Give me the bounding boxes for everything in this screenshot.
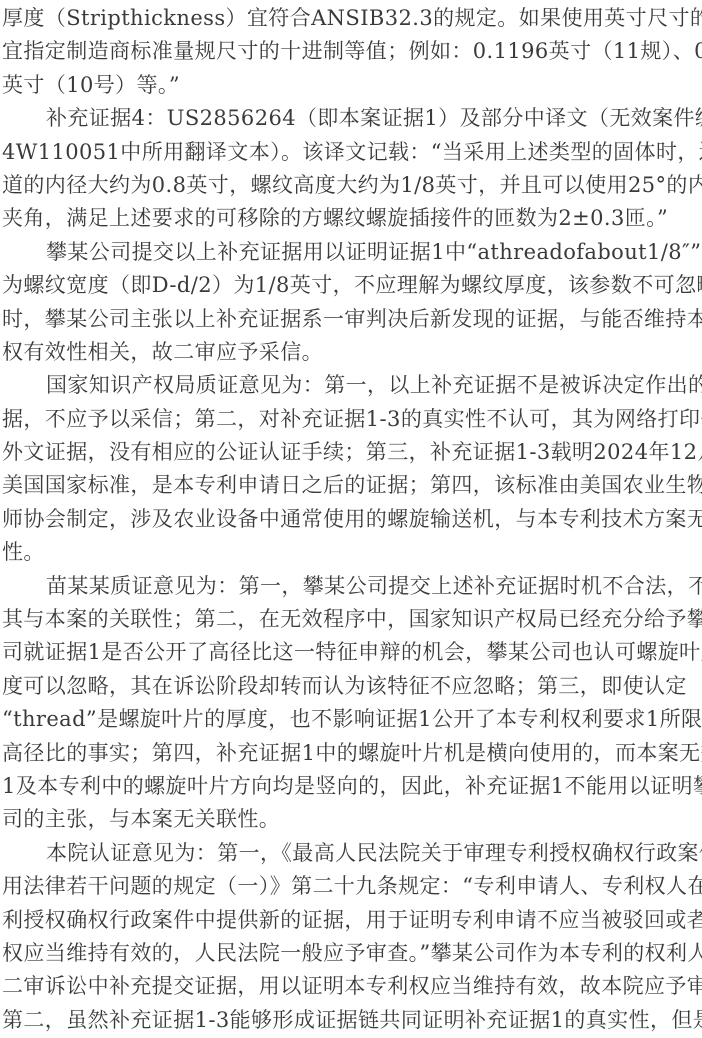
text-line: 道的内径大约为0.8英寸，螺纹高度大约为1/8英寸，并且可以使用25°的内螺纹 — [2, 169, 702, 202]
text-line: 其与本案的关联性；第二，在无效程序中，国家知识产权局已经充分给予攀某公 — [2, 603, 702, 636]
paragraph-start-line: 国家知识产权局质证意见为：第一，以上补充证据不是被诉决定作出的依 — [2, 369, 702, 402]
text-line: 用法律若干问题的规定（一）》第二十九条规定：“专利申请人、专利权人在专 — [2, 870, 702, 903]
paragraph-start-line: 攀某公司提交以上补充证据用以证明证据1中“athreadofabout1/8″”… — [2, 236, 702, 269]
text-line: 司的主张，与本案无关联性。 — [2, 803, 702, 836]
text-line: 权有效性相关，故二审应予采信。 — [2, 336, 702, 369]
text-line: 利授权确权行政案件中提供新的证据，用于证明专利申请不应当被驳回或者专利 — [2, 904, 702, 937]
document-page: 厚度（Stripthickness）宜符合ANSIB32.3的规定。如果使用英寸… — [2, 2, 702, 1037]
text-line: 时，攀某公司主张以上补充证据系一审判决后新发现的证据，与能否维持本专利 — [2, 303, 702, 336]
text-line: 1及本专利中的螺旋叶片方向均是竖向的，因此，补充证据1不能用以证明攀某公 — [2, 770, 702, 803]
text-line: 美国国家标准，是本专利申请日之后的证据；第四，该标准由美国农业生物工程 — [2, 469, 702, 502]
paragraph-start-line: 本院认证意见为：第一，《最高人民法院关于审理专利授权确权行政案件适 — [2, 837, 702, 870]
text-line: 外文证据，没有相应的公证认证手续；第三，补充证据1-3载明2024年12月重申为 — [2, 436, 702, 469]
text-line: 第二，虽然补充证据1-3能够形成证据链共同证明补充证据1的真实性，但是该证 — [2, 1004, 702, 1037]
text-line: 据，不应予以采信；第二，对补充证据1-3的真实性不认可，其为网络打印件且为 — [2, 403, 702, 436]
paragraph-start-line: 补充证据4：US2856264（即本案证据1）及部分中译文（无效案件编号为 — [2, 102, 702, 135]
text-line: 司就证据1是否公开了高径比这一特征申辩的机会，攀某公司也认可螺旋叶片的厚 — [2, 636, 702, 669]
text-line: 夹角，满足上述要求的可移除的方螺纹螺旋插接件的匝数为2±0.3匝。” — [2, 202, 702, 235]
text-line: 英寸（10号）等。” — [2, 69, 702, 102]
text-line: “thread”是螺旋叶片的厚度，也不影响证据1公开了本专利权利要求1所限定的 — [2, 703, 702, 736]
text-line: 宜指定制造商标准量规尺寸的十进制等值；例如：0.1196英寸（11规）、0.13… — [2, 35, 702, 68]
text-line: 权应当维持有效的，人民法院一般应予审查。”攀某公司作为本专利的权利人在 — [2, 937, 702, 970]
text-line: 性。 — [2, 536, 702, 569]
text-line: 4W110051中所用翻译文本）。该译文记载：“当采用上述类型的固体时，进口管 — [2, 136, 702, 169]
text-line: 师协会制定，涉及农业设备中通常使用的螺旋输送机，与本专利技术方案无关联 — [2, 503, 702, 536]
text-line: 为螺纹宽度（即D-d/2）为1/8英寸，不应理解为螺纹厚度，该参数不可忽略。同 — [2, 269, 702, 302]
text-line: 厚度（Stripthickness）宜符合ANSIB32.3的规定。如果使用英寸… — [2, 2, 702, 35]
paragraph-start-line: 苗某某质证意见为：第一，攀某公司提交上述补充证据时机不合法，不认可 — [2, 570, 702, 603]
text-line: 度可以忽略，其在诉讼阶段却转而认为该特征不应忽略；第三，即使认定 — [2, 670, 702, 703]
text-line: 二审诉讼中补充提交证据，用以证明本专利权应当维持有效，故本院应予审查。 — [2, 970, 702, 1003]
text-line: 高径比的事实；第四，补充证据1中的螺旋叶片机是横向使用的，而本案无效证据 — [2, 737, 702, 770]
